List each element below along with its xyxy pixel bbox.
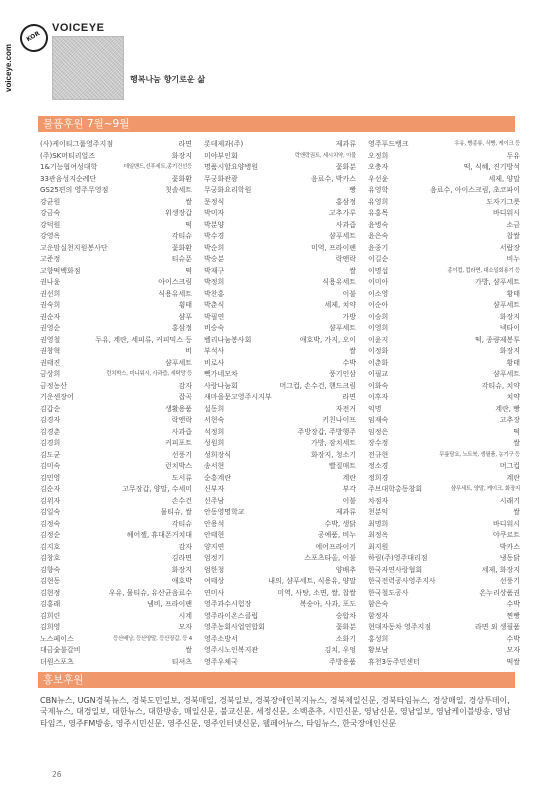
donated-item: 스포츠타올, 이불: [304, 553, 356, 565]
donor-row: 노스페이스등산배낭, 등산양말, 등산장갑, 등 4: [40, 634, 192, 646]
donor-row: 엄정기스포츠타올, 이불: [204, 553, 356, 565]
donated-item: 떡, 식혜, 진기방석: [464, 162, 520, 174]
donated-item: 시래기: [500, 496, 520, 508]
donor-name: 엄한청: [204, 565, 224, 577]
donated-item: 음료수, 박카스: [311, 174, 356, 186]
donor-name: 황보남: [368, 645, 388, 657]
donor-row: 신부자부각: [204, 484, 356, 496]
donor-name: 김위자: [40, 496, 60, 508]
donated-item: 온누리상품권: [479, 588, 520, 600]
donor-name: 하림(주)영주대리점: [368, 553, 428, 565]
donated-item: 종이컵, 컵라면, 대소일회용기 등: [447, 266, 520, 278]
donated-item: 쌀: [513, 507, 520, 519]
donor-name: 김미숙: [40, 461, 60, 473]
donor-name: 순흥계란: [204, 473, 231, 485]
donor-row: 이후자치약: [368, 392, 520, 404]
donor-name: 이화숙: [368, 381, 388, 393]
donor-name: 사랑나눔회: [204, 381, 238, 393]
donor-name: 이승희: [368, 312, 388, 324]
donor-name: 박수경: [204, 231, 224, 243]
donor-name: 석정희: [204, 427, 224, 439]
donor-name: 권영순: [40, 323, 60, 335]
donor-name: 김희영: [40, 622, 60, 634]
donated-item: 소금: [506, 220, 520, 232]
donated-item: 등산배낭, 등산양말, 등산장갑, 등 4: [113, 634, 192, 646]
donor-row: 이필교샴푸세트: [368, 369, 520, 381]
donor-name: 박정희: [204, 277, 224, 289]
donated-item: 두유: [506, 151, 520, 163]
donor-name: 새마을문고영주시지부: [204, 392, 272, 404]
donated-item: 무릎담요, 노트북, 생필품, 농기구 등: [439, 450, 520, 462]
donor-name: 휴천3동주민센터: [368, 657, 420, 669]
donated-item: 냄비, 프라이팬: [147, 599, 192, 611]
donor-row: 성희장식화장지, 청소기: [204, 450, 356, 462]
donor-name: 권순자: [40, 312, 60, 324]
donor-row: 김현정우유, 물티슈, 유산균음료수: [40, 588, 192, 600]
donor-row: 양지연에어프라이기: [204, 542, 356, 554]
donor-name: 영주농회사업연합회: [204, 622, 265, 634]
donated-item: 홍삼정: [172, 323, 192, 335]
donor-name: 천분익: [368, 507, 388, 519]
donor-name: 안용석: [204, 519, 224, 531]
donor-name: 엄정기: [204, 553, 224, 565]
donor-name: 김정순: [40, 530, 60, 542]
donated-item: 공예품, 비누: [318, 530, 356, 542]
donor-name: 고준정: [40, 254, 60, 266]
donor-row: 안용석수박, 생닭: [204, 519, 356, 531]
donor-row: 임재숙고추장: [368, 415, 520, 427]
donor-row: 오충자떡, 식혜, 진기방석: [368, 162, 520, 174]
donor-name: 유영희: [368, 197, 388, 209]
donated-item: 사과즙: [172, 427, 192, 439]
donor-name: 김갑순: [40, 404, 60, 416]
donated-item: 박카스: [500, 542, 520, 554]
donated-item: 바디워시: [493, 208, 520, 220]
donated-item: 각티슈: [172, 519, 192, 531]
donor-row: 김순자고무장갑, 양말, 수세미: [40, 484, 192, 496]
donor-row: 송서현빨질매트: [204, 461, 356, 473]
donor-row: 이승희화장지: [368, 312, 520, 324]
donor-row: 더원스포츠티셔츠: [40, 657, 192, 669]
donated-item: 위생장갑: [165, 208, 192, 220]
donor-row: 신주남이불: [204, 496, 356, 508]
donated-item: 도서류: [172, 473, 192, 485]
donor-name: 박순희: [204, 243, 224, 255]
donor-row: 설동희자전거: [204, 404, 356, 416]
donated-item: 락앤락: [172, 415, 192, 427]
donor-row: 김일숙물티슈, 쌀: [40, 507, 192, 519]
donor-row: 김희린시계: [40, 611, 192, 623]
donated-item: 고추장: [500, 415, 520, 427]
donated-item: 제과류: [336, 507, 356, 519]
donor-row: 김도균선풍기: [40, 450, 192, 462]
donated-item: 우유, 물티슈, 유산균음료수: [109, 588, 192, 600]
donated-item: 수박, 생닭: [325, 519, 357, 531]
donor-name: 연미사: [204, 588, 224, 600]
donor-name: 김경자: [40, 415, 60, 427]
donated-item: 야쿠르트: [493, 530, 520, 542]
donor-row: 이춘화황태: [368, 358, 520, 370]
donor-name: 최정옥: [368, 530, 388, 542]
donor-row: 이명섭종이컵, 컵라면, 대소일회용기 등: [368, 266, 520, 278]
donor-row: 박춘식세제, 치약: [204, 300, 356, 312]
donor-name: 이후자: [368, 392, 388, 404]
donated-item: 런치박스: [165, 461, 192, 473]
donor-name: 최지원: [368, 542, 388, 554]
donor-name: 정소경: [368, 461, 388, 473]
donated-item: 풍기인삼: [329, 369, 356, 381]
donated-item: 가방, 샴푸세트: [475, 277, 520, 289]
donated-item: 쌀: [513, 438, 520, 450]
donated-item: 쌀: [185, 645, 192, 657]
donor-row: 윤은숙찹쌀: [368, 231, 520, 243]
donated-item: 헤어젤, 휴대폰거치대: [127, 530, 192, 542]
donor-name: 김지호: [40, 542, 60, 554]
donor-row: 박수경샴푸세트: [204, 231, 356, 243]
donated-item: 쌀: [349, 346, 356, 358]
donated-item: 세제, 화장지: [482, 565, 520, 577]
donor-row: 서현숙키친나이프: [204, 415, 356, 427]
donor-row: 최정옥야쿠르트: [368, 530, 520, 542]
donated-item: 찐빵: [506, 611, 520, 623]
donor-row: 김현동애호박: [40, 576, 192, 588]
voiceye-logo: KOR VOICEYE: [18, 18, 108, 98]
donated-item: 수박: [342, 358, 356, 370]
donor-row: 권창혁비: [40, 346, 192, 358]
donor-row: 김경춘사과즙: [40, 427, 192, 439]
donor-row: 여태상내의, 샴푸세트, 식용유, 양말: [204, 576, 356, 588]
donated-item: 식용유세트: [158, 289, 192, 301]
donor-row: 영주농회사업연합회꽃화분: [204, 622, 356, 634]
donor-name: 오충자: [368, 162, 388, 174]
donated-item: 가방: [342, 312, 356, 324]
donor-row: 부석사쌀: [204, 346, 356, 358]
donor-row: 1&기능협여성대학데일밴드,선푸세트,종기건선등: [40, 162, 192, 174]
donated-item: 칫솔세트: [165, 185, 192, 197]
donor-name: 신주남: [204, 496, 224, 508]
donated-item: 라면: [178, 139, 192, 151]
donor-name: 고향떡백화점: [40, 266, 81, 278]
donor-row: 한국철도공사온누리상품권: [368, 588, 520, 600]
donor-row: 권선희식용유세트: [40, 289, 192, 301]
donor-name: 김향숙: [40, 565, 60, 577]
donated-item: 계란: [506, 473, 520, 485]
donated-item: 떡쌀: [506, 657, 520, 669]
donor-name: 강균원: [40, 197, 60, 209]
donor-name: 임재숙: [368, 415, 388, 427]
donor-row: 권영순홍삼정: [40, 323, 192, 335]
donor-name: 빽가네모차: [204, 369, 238, 381]
donated-item: 생활용품: [165, 404, 192, 416]
donor-row: 오정희두유: [368, 151, 520, 163]
donor-name: 금상희: [40, 369, 60, 381]
section-title-media: 홍보후원: [38, 672, 515, 688]
donor-row: 대금숯불갈비쌀: [40, 645, 192, 657]
donated-item: 커피포트: [165, 438, 192, 450]
donor-name: 주브대학총동창회: [368, 484, 422, 496]
donor-name: 부석사: [204, 346, 224, 358]
donor-name: 영주시노인복지관: [204, 645, 258, 657]
donor-name: 이길순: [368, 254, 388, 266]
donated-item: 복숭아, 사과, 포도: [300, 599, 356, 611]
donated-item: 이불: [342, 289, 356, 301]
donor-row: 한국자연사랑협회세제, 화장지: [368, 565, 520, 577]
donor-row: 영주시노인복지관김치, 우엉: [204, 645, 356, 657]
donor-name: 명품시할요양병원: [204, 162, 258, 174]
donor-name: 장수정: [368, 438, 388, 450]
donor-row: 임정은떡: [368, 427, 520, 439]
donor-row: 최명희바디워시: [368, 519, 520, 531]
donor-name: 신부자: [204, 484, 224, 496]
donated-item: 수박: [506, 634, 520, 646]
donor-row: 김미숙런치박스: [40, 461, 192, 473]
donor-name: (주)SK머티리얼즈: [40, 151, 95, 163]
donated-item: 티슈푼: [172, 254, 192, 266]
donor-name: 벨리나눔봉사회: [204, 335, 251, 347]
donated-item: 떡, 종량제봉투: [475, 335, 520, 347]
donor-row: 이정화화장지: [368, 346, 520, 358]
donated-item: 머그컵, 손수건, 핸드크림: [279, 381, 356, 393]
donor-row: 김민영도서류: [40, 473, 192, 485]
donor-row: 김희영모자: [40, 622, 192, 634]
donor-name: 1&기능협여성대학: [40, 162, 97, 174]
donor-name: 김희린: [40, 611, 60, 623]
donor-row: 박미자고추가루: [204, 208, 356, 220]
donor-row: 연미사미역, 사탕, 소면, 쌀, 찹쌀: [204, 588, 356, 600]
donor-name: 영주소방서: [204, 634, 238, 646]
donor-row: 정소경머그컵: [368, 461, 520, 473]
donor-name: 이소영: [368, 289, 388, 301]
donor-name: 고운맘실천지원봉사단: [40, 243, 108, 255]
donated-item: 떡: [513, 427, 520, 439]
donated-item: 승합차: [336, 611, 356, 623]
donor-name: 문정식: [204, 197, 224, 209]
donor-row: 강덕원떡: [40, 220, 192, 232]
donated-item: 꽃화환: [172, 243, 192, 255]
donor-name: 김도균: [40, 450, 60, 462]
donor-row: 윤종기서랍장: [368, 243, 520, 255]
donated-item: 홍삼정: [336, 197, 356, 209]
donor-name: 이미아: [368, 277, 388, 289]
donated-item: 모자: [178, 622, 192, 634]
donor-row: 엄한청양배추: [204, 565, 356, 577]
donor-name: 오정희: [368, 151, 388, 163]
voiceye-code-image: [52, 36, 124, 100]
donated-item: 김라면: [172, 553, 192, 565]
donated-item: 주방장갑, 주방행주: [297, 427, 356, 439]
donor-name: 박필연: [204, 312, 224, 324]
donor-row: 주브대학총동창회샴푸세트, 양말, 케이크, 화장지: [368, 484, 520, 496]
donor-name: 함은숙: [368, 599, 388, 611]
donated-item: 선풍기: [500, 576, 520, 588]
donor-row: 영주과수시험장복숭아, 사과, 포도: [204, 599, 356, 611]
donor-row: 함정자찐빵: [368, 611, 520, 623]
donor-row: 박재구쌀: [204, 266, 356, 278]
donated-item: 떡: [185, 220, 192, 232]
donor-row: 김경희커피포트: [40, 438, 192, 450]
donor-name: 한국철도공사: [368, 588, 409, 600]
donated-item: 선풍기: [172, 450, 192, 462]
donor-row: 천분익쌀: [368, 507, 520, 519]
donor-name: 강금숙: [40, 208, 60, 220]
brand-name: VOICEYE: [52, 22, 104, 34]
donor-row: 황보남모자: [368, 645, 520, 657]
donor-column-3: 영주푸드뱅크우유, 빵종류, 식빵, 케이크 등오정희두유오충자떡, 식혜, 진…: [368, 139, 520, 668]
donor-name: 33관음성지순례단: [40, 174, 96, 186]
donor-name: 정희경: [368, 473, 388, 485]
donated-item: 손수건: [172, 496, 192, 508]
donor-row: 김정숙각티슈: [40, 519, 192, 531]
donor-name: 영주우체국: [204, 657, 238, 669]
donated-item: 아이스크림: [158, 277, 192, 289]
donor-name: 김현동: [40, 576, 60, 588]
donated-item: 미역, 사탕, 소면, 쌀, 찹쌀: [277, 588, 356, 600]
donor-row: 이소영황태: [368, 289, 520, 301]
donor-row: 김갑순생활용품: [40, 404, 192, 416]
donor-name: 김민영: [40, 473, 60, 485]
donor-row: 익명계란, 빵: [368, 404, 520, 416]
donor-row: 강금숙위생장갑: [40, 208, 192, 220]
donor-row: 이화숙각티슈, 치약: [368, 381, 520, 393]
donated-item: 가방, 잠치세트: [311, 438, 356, 450]
donor-name: 김정숙: [40, 519, 60, 531]
donor-name: 무궁화요리학원: [204, 185, 251, 197]
donor-row: 박필연가방: [204, 312, 356, 324]
donor-name: 금정농산: [40, 381, 67, 393]
donated-item: 세제, 양말: [489, 174, 521, 186]
donor-name: 박승분: [204, 254, 224, 266]
donor-row: 이순아샴푸세트: [368, 300, 520, 312]
donor-name: 박춘식: [204, 300, 224, 312]
donor-name: 권숙희: [40, 300, 60, 312]
donor-name: 윤은숙: [368, 231, 388, 243]
donor-row: 하림(주)영주대리점냉동닭: [368, 553, 520, 565]
donor-name: 설동희: [204, 404, 224, 416]
donated-item: 꽃화분: [336, 622, 356, 634]
donated-item: 우유, 빵종류, 식빵, 케이크 등: [454, 139, 520, 151]
donor-row: 최지원박카스: [368, 542, 520, 554]
donor-name: 대금숯불갈비: [40, 645, 81, 657]
donor-row: 현대자동차 영주지점라면 외 생필품: [368, 622, 520, 634]
donor-name: 안동영명학교: [204, 507, 245, 519]
donated-item: 화장지, 청소기: [311, 450, 356, 462]
donor-row: 김홍래냄비, 프라이팬: [40, 599, 192, 611]
donor-row: 영주우체국주방용품: [204, 657, 356, 669]
donated-item: 음료수, 아이스크림, 초코파이: [430, 185, 520, 197]
donated-item: 화장지: [172, 151, 192, 163]
donor-name: (사)케이티그룹영주지점: [40, 139, 113, 151]
donor-name: 노스페이스: [40, 634, 74, 646]
donor-list: (사)케이티그룹영주지점라면(주)SK머티리얼즈화장지1&기능협여성대학데일밴드…: [40, 139, 520, 668]
donated-item: 쌀: [185, 197, 192, 209]
donated-item: 고무장갑, 양말, 수세미: [122, 484, 192, 496]
page-tagline: 행복나눔 향기로운 삶: [130, 74, 205, 85]
donated-item: 미역, 프라이팬: [311, 243, 356, 255]
donor-name: 윤종기: [368, 243, 388, 255]
donor-name: 김경춘: [40, 427, 60, 439]
donor-name: 김현정: [40, 588, 60, 600]
donor-row: (주)SK머티리얼즈화장지: [40, 151, 192, 163]
donor-row: 순흥계란계란: [204, 473, 356, 485]
donor-row: 이영희넥타이: [368, 323, 520, 335]
donor-name: 윤병숙: [368, 220, 388, 232]
donated-item: 자전거: [336, 404, 356, 416]
donor-row: 유영학음료수, 아이스크림, 초코파이: [368, 185, 520, 197]
donated-item: 에어프라이기: [315, 542, 356, 554]
donated-item: 화장지: [500, 312, 520, 324]
donor-name: 익명: [368, 404, 382, 416]
donated-item: 샴푸세트, 양말, 케이크, 화장지: [451, 484, 520, 496]
donor-name: 영주과수시험장: [204, 599, 251, 611]
donor-name: 차점자: [368, 496, 388, 508]
donor-row: (사)케이티그룹영주지점라면: [40, 139, 192, 151]
donor-name: 우선윤: [368, 174, 388, 186]
donor-name: 김경희: [40, 438, 60, 450]
donor-row: 박승분락앤락: [204, 254, 356, 266]
donated-item: 수박: [506, 599, 520, 611]
donor-row: 김정순헤어젤, 휴대폰거치대: [40, 530, 192, 542]
donor-name: 김일숙: [40, 507, 60, 519]
donor-name: 이춘화: [368, 358, 388, 370]
donor-name: GS25편의 영주무영점: [40, 185, 108, 197]
donor-name: 현대자동차 영주지점: [368, 622, 431, 634]
donor-name: 더원스포츠: [40, 657, 74, 669]
media-sponsor-list: CBN뉴스, UGN경북뉴스, 경북도민일보, 경북매일, 경북일보, 경북장애…: [40, 695, 518, 729]
donor-row: 윤병숙소금: [368, 220, 520, 232]
donor-name: 안태현: [204, 530, 224, 542]
donor-name: 홍성희: [368, 634, 388, 646]
donated-item: 세제, 치약: [325, 300, 357, 312]
page-number: 26: [52, 770, 62, 779]
donated-item: 비: [185, 346, 192, 358]
donor-row: 권태진샴푸세트: [40, 358, 192, 370]
donor-row: 강영옥각티슈: [40, 231, 192, 243]
donor-row: 권나윤아이스크림: [40, 277, 192, 289]
donated-item: 키친나이프: [322, 415, 356, 427]
donor-row: 홍성희수박: [368, 634, 520, 646]
donor-row: 김위자손수건: [40, 496, 192, 508]
donor-row: 문정식홍삼정: [204, 197, 356, 209]
donor-row: 한국전력공사영주지사선풍기: [368, 576, 520, 588]
donor-row: 이길순비누: [368, 254, 520, 266]
donor-row: 권영철두유, 계란, 세피류, 커피믹스 등: [40, 335, 192, 347]
donor-row: 고향떡백화점떡: [40, 266, 192, 278]
donated-item: 샴푸세트: [329, 231, 356, 243]
donor-name: 미야부인회: [204, 151, 238, 163]
donor-name: 이윤지: [368, 335, 388, 347]
donor-name: 박찬홍: [204, 289, 224, 301]
donor-row: 박순희미역, 프라이팬: [204, 243, 356, 255]
donated-item: 꽃화분: [336, 162, 356, 174]
donor-row: 안태현공예품, 비누: [204, 530, 356, 542]
donor-row: 유영희도자기그릇: [368, 197, 520, 209]
donor-row: 롯데제과(주)제과류: [204, 139, 356, 151]
donated-item: 각티슈, 치약: [482, 381, 520, 393]
donor-name: 이정화: [368, 346, 388, 358]
donor-column-1: (사)케이티그룹영주지점라면(주)SK머티리얼즈화장지1&기능협여성대학데일밴드…: [40, 139, 192, 668]
donated-item: 사과즙: [336, 220, 356, 232]
donated-item: 식용유세트: [322, 277, 356, 289]
donor-row: 사랑나눔회머그컵, 손수건, 핸드크림: [204, 381, 356, 393]
donor-row: 무궁화요리학원빵: [204, 185, 356, 197]
donor-row: 벨리나눔봉사회애호박, 가지, 오이: [204, 335, 356, 347]
donor-row: 고준정티슈푼: [40, 254, 192, 266]
donor-row: 금정농산감자: [40, 381, 192, 393]
donor-row: 전규현무릎담요, 노트북, 생필품, 농기구 등: [368, 450, 520, 462]
donated-item: 빨질매트: [329, 461, 356, 473]
donated-item: 라면 외 생필품: [475, 622, 520, 634]
donated-item: 감자: [178, 381, 192, 393]
